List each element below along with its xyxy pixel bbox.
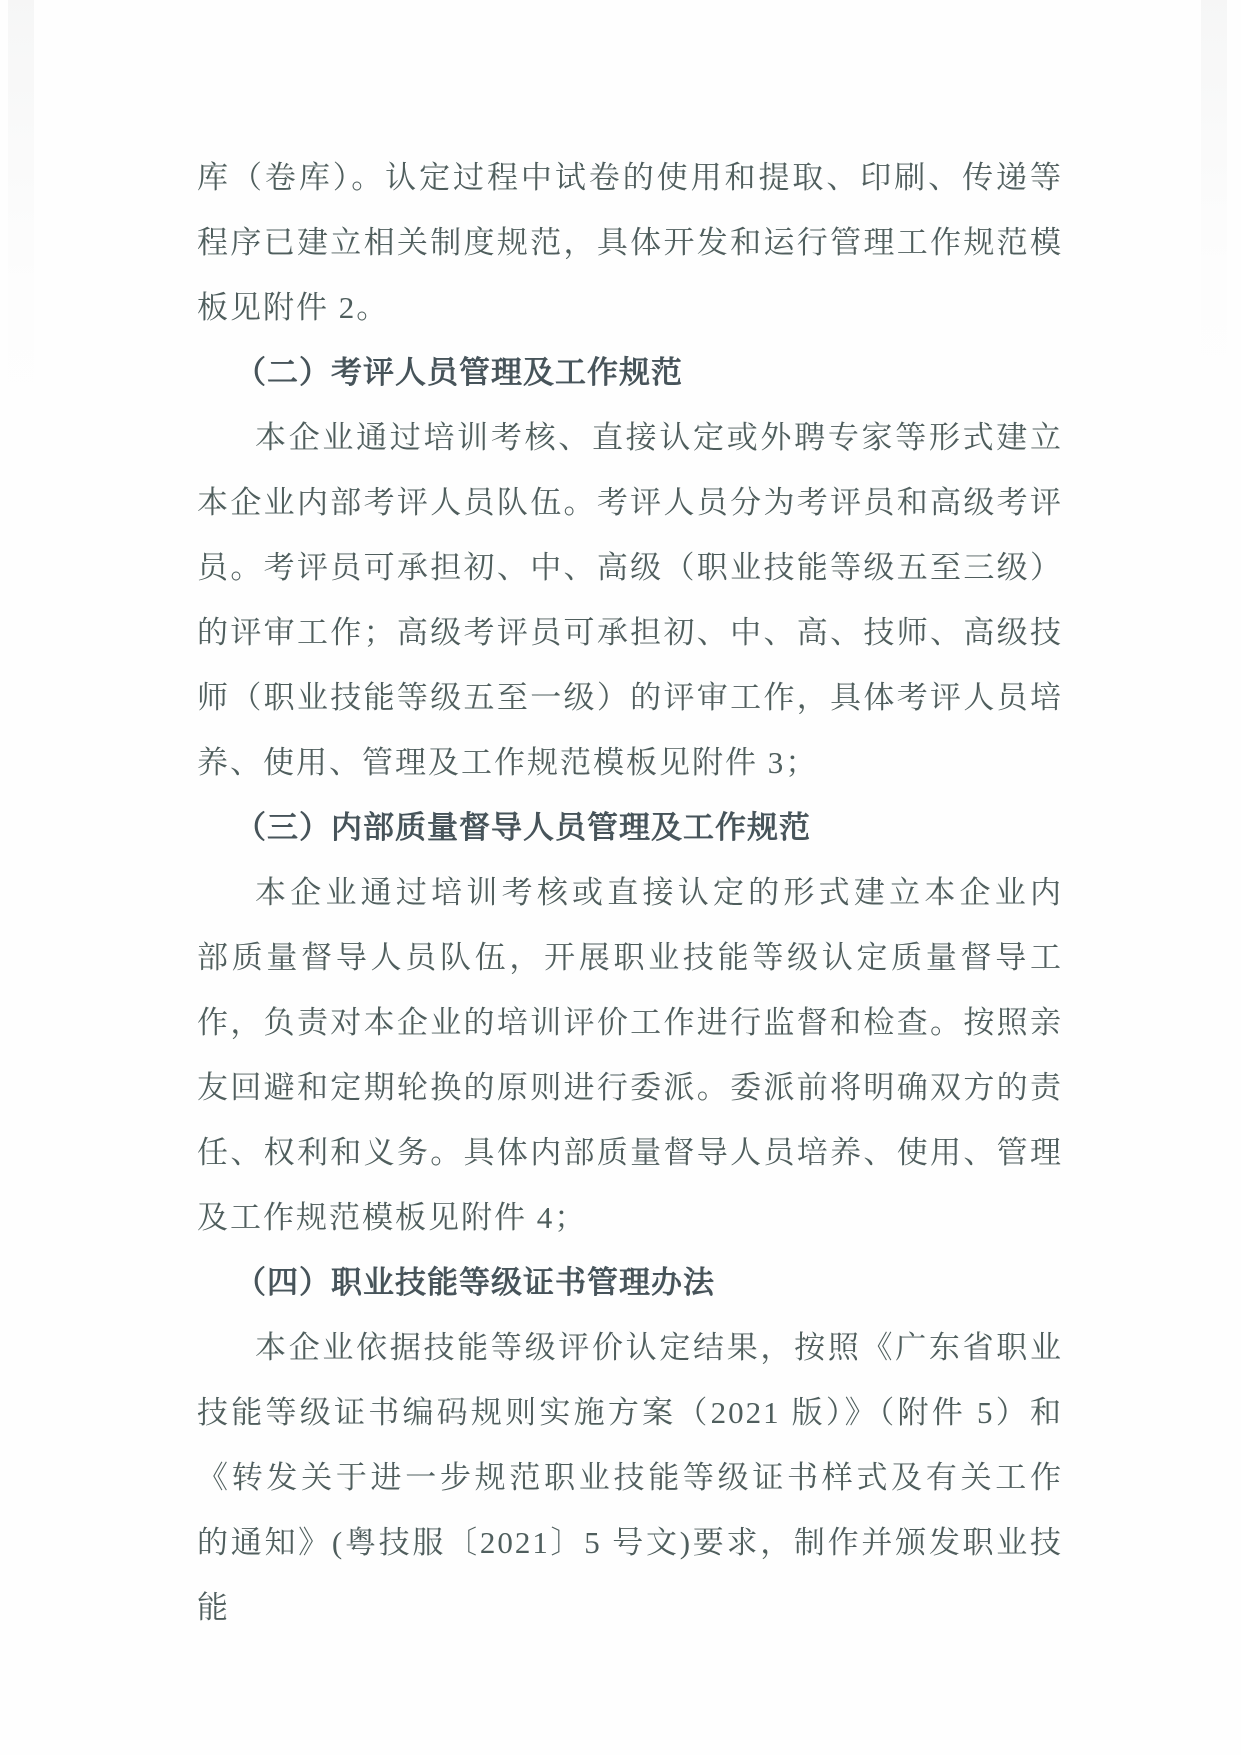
text-line: 员。考评员可承担初、中、高级（职业技能等级五至三级） [197,535,1063,600]
text-line: 程序已建立相关制度规范，具体开发和运行管理工作规范模 [197,210,1063,275]
text-line: 部质量督导人员队伍，开展职业技能等级认定质量督导工 [197,925,1063,990]
text-line: 的通知》(粤技服〔2021〕5 号文)要求，制作并颁发职业技能 [197,1510,1063,1575]
text-line: 养、使用、管理及工作规范模板见附件 3； [197,730,1063,795]
text-line: 板见附件 2。 [197,275,1063,340]
text-line: 技能等级证书编码规则实施方案（2021 版）》（附件 5）和 [197,1380,1063,1445]
text-line: 本企业通过培训考核或直接认定的形式建立本企业内 [197,860,1063,925]
section-heading: （四）职业技能等级证书管理办法 [197,1250,1063,1315]
document-text: 库（卷库）。认定过程中试卷的使用和提取、印刷、传递等程序已建立相关制度规范，具体… [197,145,1063,1575]
text-line: 本企业依据技能等级评价认定结果，按照《广东省职业 [197,1315,1063,1380]
section-heading: （二）考评人员管理及工作规范 [197,340,1063,405]
text-line: 作，负责对本企业的培训评价工作进行监督和检查。按照亲 [197,990,1063,1055]
text-line: 本企业内部考评人员队伍。考评人员分为考评员和高级考评 [197,470,1063,535]
document-page: 库（卷库）。认定过程中试卷的使用和提取、印刷、传递等程序已建立相关制度规范，具体… [0,0,1241,1755]
text-line: 友回避和定期轮换的原则进行委派。委派前将明确双方的责 [197,1055,1063,1120]
section-heading: （三）内部质量督导人员管理及工作规范 [197,795,1063,860]
scan-artifact-right [1201,0,1227,430]
text-line: 任、权利和义务。具体内部质量督导人员培养、使用、管理 [197,1120,1063,1185]
text-line: 库（卷库）。认定过程中试卷的使用和提取、印刷、传递等 [197,145,1063,210]
text-line: 的评审工作；高级考评员可承担初、中、高、技师、高级技 [197,600,1063,665]
scan-artifact-left [8,0,34,460]
text-line: 及工作规范模板见附件 4； [197,1185,1063,1250]
text-line: 《转发关于进一步规范职业技能等级证书样式及有关工作 [197,1445,1063,1510]
text-line: 本企业通过培训考核、直接认定或外聘专家等形式建立 [197,405,1063,470]
text-line: 师（职业技能等级五至一级）的评审工作，具体考评人员培 [197,665,1063,730]
